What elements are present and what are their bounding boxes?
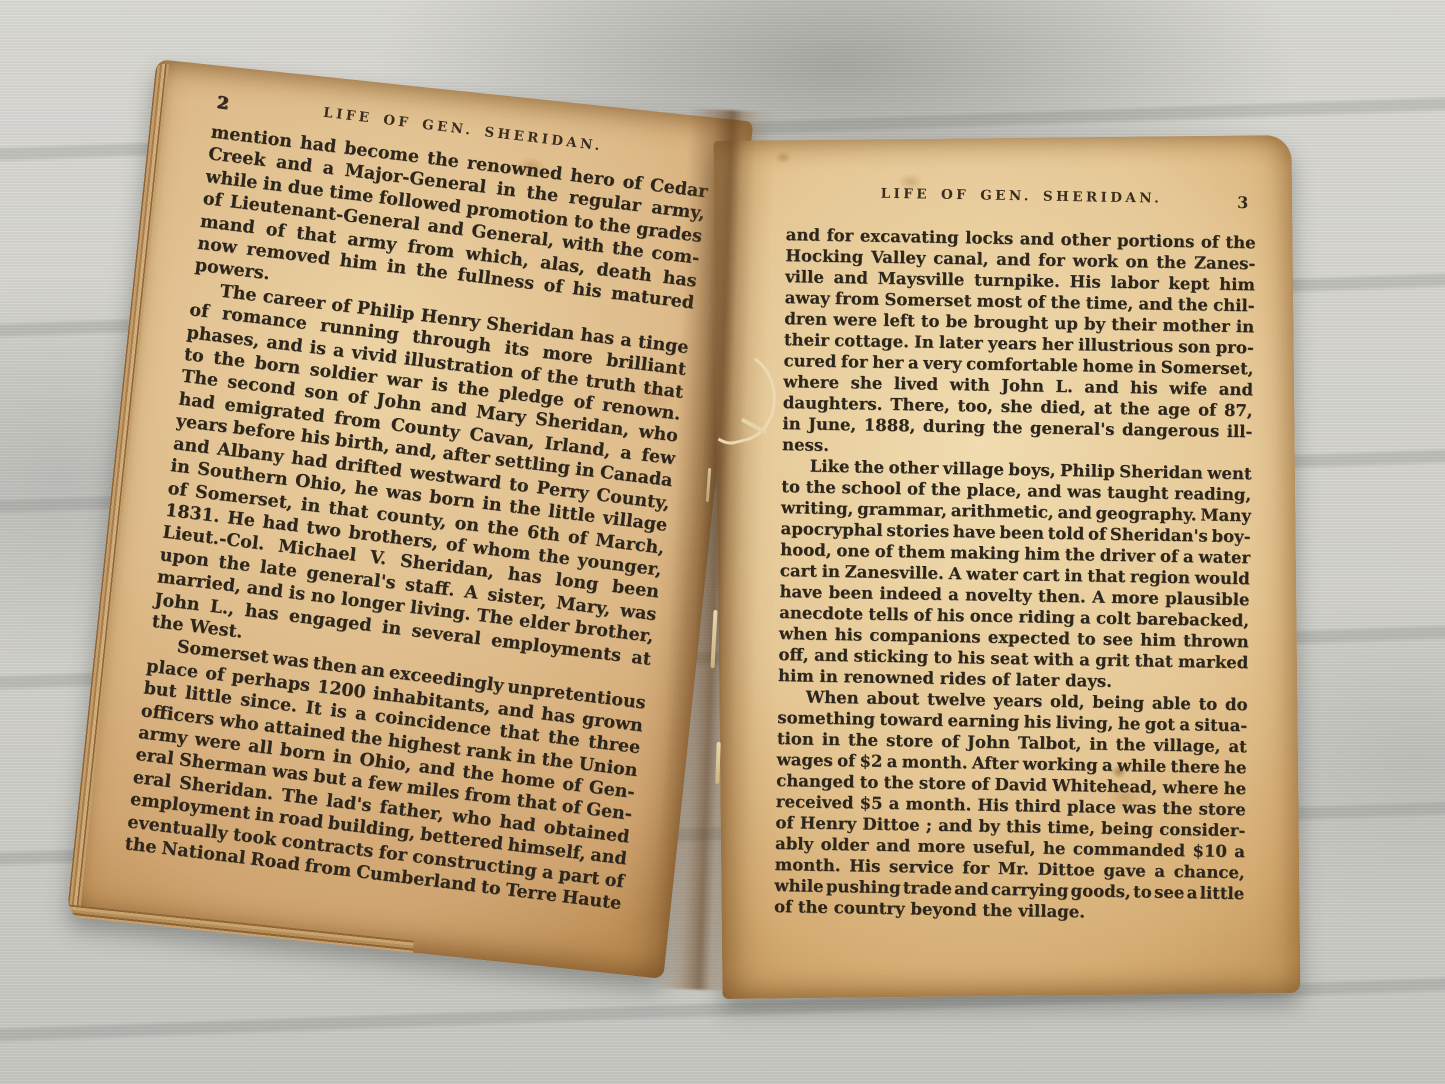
paragraph: Liketheothervillageboys,PhilipSheridanwe…	[778, 455, 1252, 694]
page-number: 2	[215, 93, 229, 114]
page-text: mentionhadbecometherenownedheroofCedarCr…	[124, 121, 709, 915]
right-page-content: LIFE OF GEN. SHERIDAN. 3 andforexcavatin…	[711, 133, 1304, 1001]
running-head: LIFE OF GEN. SHERIDAN.	[786, 184, 1256, 208]
page-number: 3	[1237, 193, 1248, 212]
open-book: 2 LIFE OF GEN. SHERIDAN. mentionhadbecom…	[0, 0, 1445, 1084]
left-page-content: 2 LIFE OF GEN. SHERIDAN. mentionhadbecom…	[60, 55, 759, 983]
right-page: LIFE OF GEN. SHERIDAN. 3 andforexcavatin…	[714, 135, 1301, 999]
paragraph: andforexcavatinglocksandotherportionsoft…	[782, 224, 1256, 463]
photo-scene: 2 LIFE OF GEN. SHERIDAN. mentionhadbecom…	[0, 0, 1445, 1084]
page-text: andforexcavatinglocksandotherportionsoft…	[774, 224, 1256, 925]
right-page-header: LIFE OF GEN. SHERIDAN. 3	[786, 184, 1256, 216]
left-page: 2 LIFE OF GEN. SHERIDAN. mentionhadbecom…	[67, 59, 754, 979]
paragraph: ThecareerofPhilipHenrySheridanhasatingeo…	[150, 277, 689, 693]
paragraph: Whenabouttwelveyearsold,beingabletodosom…	[774, 686, 1248, 925]
